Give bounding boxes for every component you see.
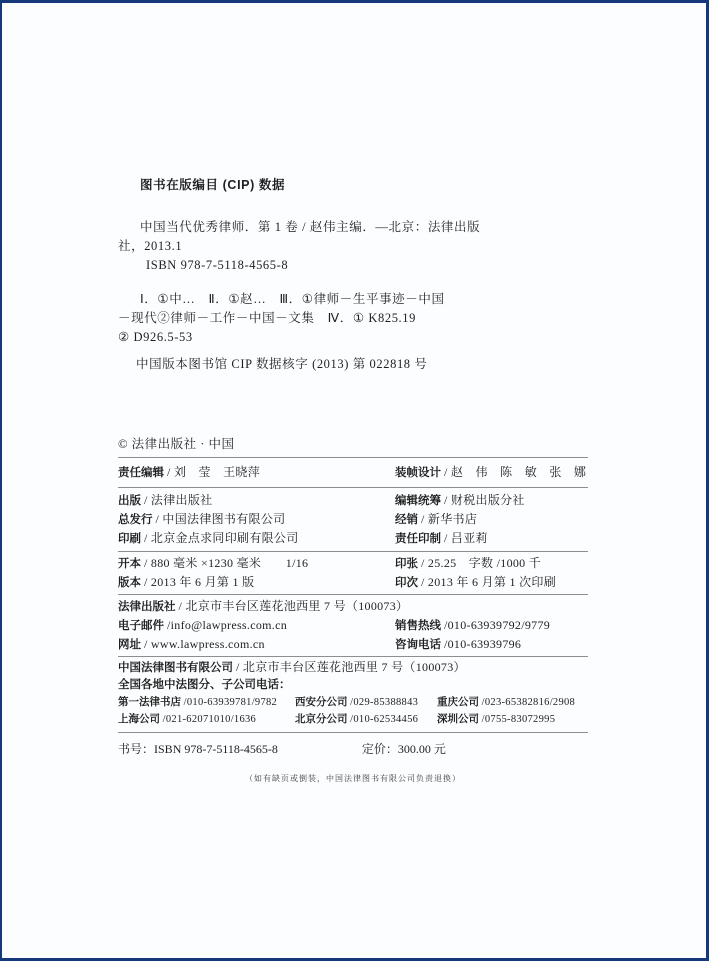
- credits-row: 责任编辑 / 刘 莹 王晓萍 装帧设计 / 赵 伟 陈 敏 张 娜: [118, 458, 588, 487]
- edition-row: 版本 / 2013 年 6 月第 1 版 印次 / 2013 年 6 月第 1 …: [118, 573, 588, 592]
- distributor-row: 总发行 / 中国法律图书有限公司 经销 / 新华书店: [118, 510, 588, 529]
- branch-phone-row: 第一法律书店 /010-63939781/9782 西安分公司 /029-853…: [118, 694, 588, 711]
- email-hotline-row: 电子邮件 /info@lawpress.com.cn 销售热线 /010-639…: [118, 616, 588, 635]
- binding-design: 装帧设计 / 赵 伟 陈 敏 张 娜: [395, 463, 588, 482]
- email-value: /info@lawpress.com.cn: [167, 618, 287, 632]
- price: 定价：300.00 元: [362, 740, 446, 758]
- colophon-table: 责任编辑 / 刘 莹 王晓萍 装帧设计 / 赵 伟 陈 敏 张 娜 出版 / 法…: [118, 457, 588, 784]
- publisher-row: 出版 / 法律出版社 编辑统筹 / 财税出版分社: [118, 491, 588, 510]
- copyright-line: © 法律出版社 · 中国: [118, 434, 588, 452]
- format-section: 开本 / 880 毫米 ×1230 毫米 1/16 印张 / 25.25 字数 …: [118, 552, 588, 594]
- book-colophon-page: { "cip": { "title": "图书在版编目 (CIP) 数据", "…: [0, 0, 709, 961]
- press-contact-section: 法律出版社 / 北京市丰台区莲花池西里 7 号（100073） 电子邮件 /in…: [118, 595, 588, 656]
- branches-section: 中国法律图书有限公司 / 北京市丰台区莲花池西里 7 号（100073） 全国各…: [118, 657, 588, 732]
- printer-row: 印刷 / 北京金点求同印刷有限公司 责任印制 / 吕亚莉: [118, 529, 588, 548]
- cip-class-line2: －现代②律师－工作－中国－文集 Ⅳ．① K825.19: [118, 309, 588, 328]
- press-address-row: 法律出版社 / 北京市丰台区莲花池西里 7 号（100073）: [118, 597, 588, 616]
- cip-entry-line1: 中国当代优秀律师．第 1 卷 / 赵伟主编．—北京：法律出版: [118, 218, 588, 237]
- cip-block: 图书在版编目 (CIP) 数据 中国当代优秀律师．第 1 卷 / 赵伟主编．—北…: [118, 176, 588, 374]
- book-number-row: 书号：ISBN 978-7-5118-4565-8 定价：300.00 元: [118, 740, 588, 758]
- branch-phones-title: 全国各地中法图分、子公司电话：: [118, 677, 588, 694]
- web-consult-row: 网址 / www.lawpress.com.cn 咨询电话 /010-63939…: [118, 635, 588, 654]
- publishing-section: 出版 / 法律出版社 编辑统筹 / 财税出版分社 总发行 / 中国法律图书有限公…: [118, 488, 588, 551]
- format-row: 开本 / 880 毫米 ×1230 毫米 1/16 印张 / 25.25 字数 …: [118, 554, 588, 573]
- cip-record-number: 中国版本图书馆 CIP 数据核字 (2013) 第 022818 号: [118, 355, 588, 374]
- cip-title: 图书在版编目 (CIP) 数据: [140, 176, 588, 195]
- website-value: / www.lawpress.com.cn: [144, 637, 265, 651]
- cip-entry-line2: 社，2013.1: [118, 237, 588, 256]
- responsible-editor: 责任编辑 / 刘 莹 王晓萍: [118, 463, 395, 482]
- book-number: 书号：ISBN 978-7-5118-4565-8: [118, 740, 278, 758]
- book-company-row: 中国法律图书有限公司 / 北京市丰台区莲花池西里 7 号（100073）: [118, 659, 588, 677]
- divider: [118, 732, 588, 733]
- branch-phone-row: 上海公司 /021-62071010/1636 北京分公司 /010-62534…: [118, 711, 588, 728]
- cip-isbn: ISBN 978-7-5118-4565-8: [118, 256, 588, 275]
- cip-class-line1: Ⅰ．①中… Ⅱ．①赵… Ⅲ．①律师－生平事迹－中国: [118, 290, 588, 309]
- cip-class-line3: ② D926.5-53: [118, 328, 588, 347]
- return-policy-note: （如有缺页或倒装，中国法律图书有限公司负责退换）: [118, 773, 588, 784]
